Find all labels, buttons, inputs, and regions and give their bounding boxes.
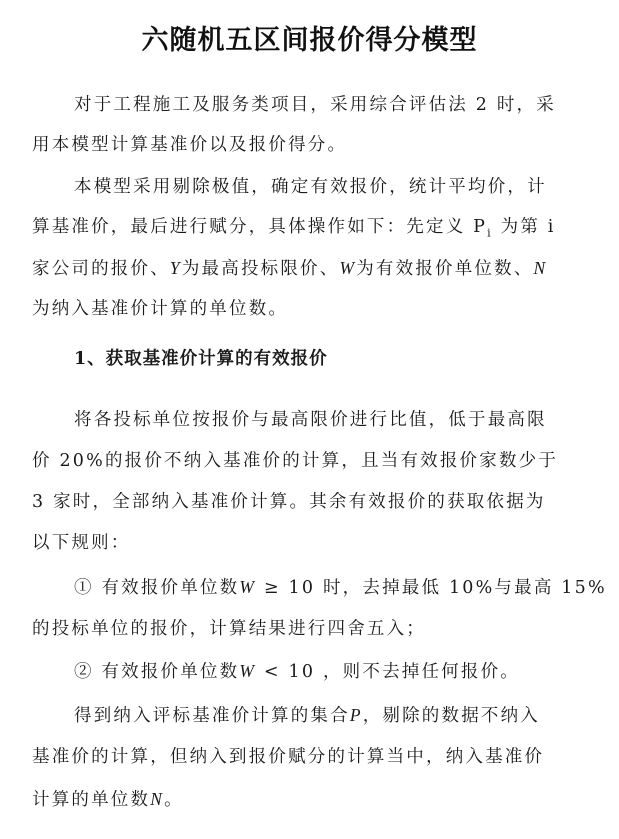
paragraph-4-line-3: 计算的单位数N。 [32, 787, 184, 812]
paragraph-4-line-1: 得到纳入评标基准价计算的集合P，剔除的数据不纳入 [74, 703, 540, 728]
paragraph-4-line-2: 基准价的计算，但纳入到报价赋分的计算当中，纳入基准价 [32, 745, 544, 769]
paragraph-2-line-4: 为纳入基准价计算的单位数。 [32, 297, 288, 321]
paragraph-1-line-1: 对于工程施工及服务类项目，采用综合评估法 2 时，采 [74, 93, 556, 117]
section-heading-1: 1、获取基准价计算的有效报价 [74, 347, 328, 371]
paragraph-3-line-1: 将各投标单位按报价与最高限价进行比值，低于最高限 [74, 408, 547, 432]
paragraph-3-line-3: 3 家时，全部纳入基准价计算。其余有效报价的获取依据为 [32, 490, 546, 514]
rule-2-line-1: ② 有效报价单位数W < 10 ，则不去掉任何报价。 [74, 659, 520, 684]
paragraph-2-line-2: 算基准价，最后进行赋分，具体操作如下：先定义 Pi 为第 i [32, 215, 556, 246]
rule-1-line-2: 的投标单位的报价，计算结果进行四舍五入； [32, 617, 426, 641]
paragraph-2-line-3: 家公司的报价、Y为最高投标限价、W为有效报价单位数、N [32, 256, 547, 281]
paragraph-3-line-2: 价 20%的报价不纳入基准价的计算，且当有效报价家数少于 [32, 449, 558, 473]
paragraph-1-line-2: 用本模型计算基准价以及报价得分。 [32, 133, 347, 157]
document-title: 六随机五区间报价得分模型 [0, 18, 619, 57]
rule-1-line-1: ① 有效报价单位数W ≥ 10 时，去掉最低 10%与最高 15% [74, 575, 607, 600]
paragraph-3-line-4: 以下规则： [32, 531, 131, 555]
paragraph-2-line-1: 本模型采用剔除极值，确定有效报价，统计平均价，计 [74, 175, 547, 199]
